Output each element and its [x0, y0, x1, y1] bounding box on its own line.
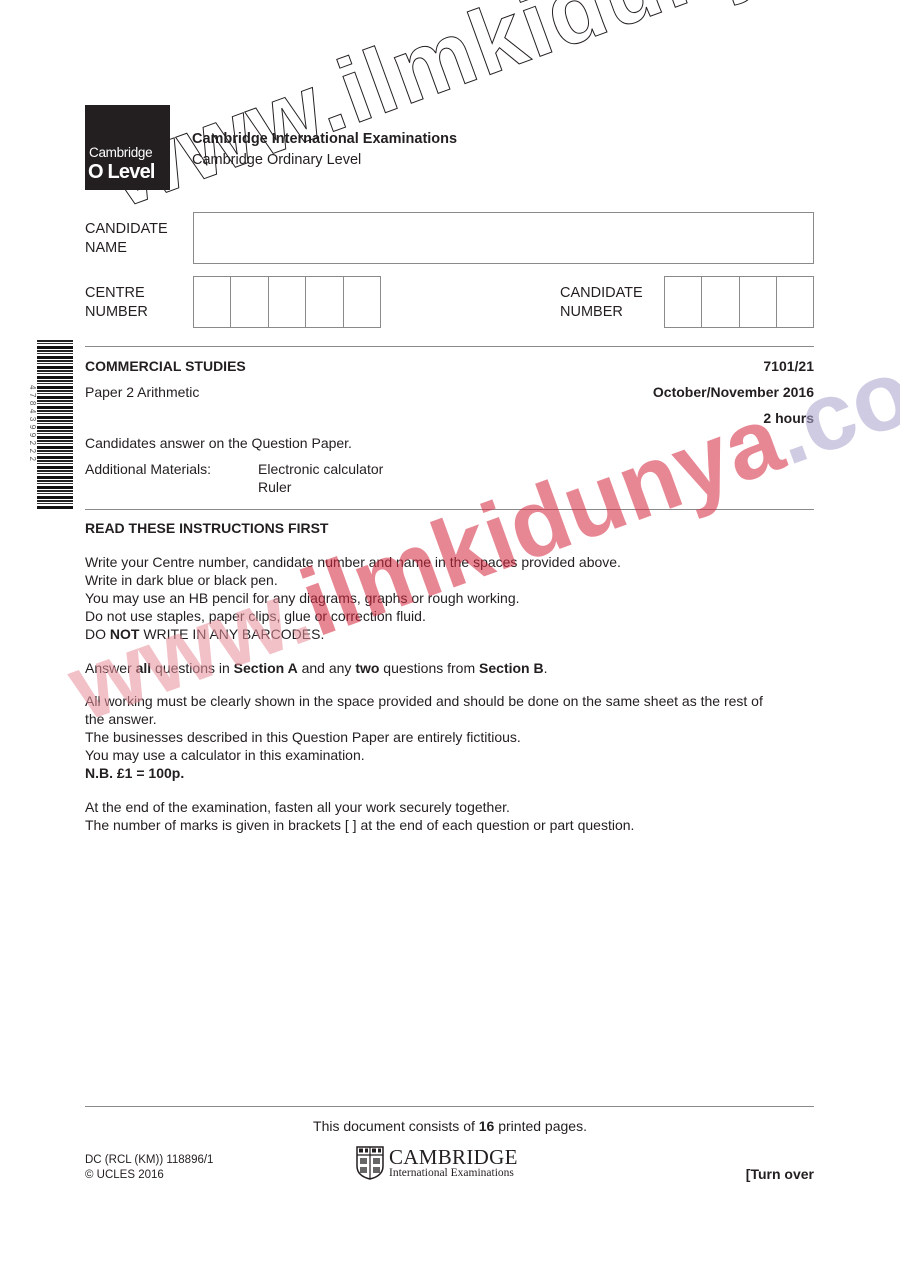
text-span: . [544, 660, 548, 676]
cambridge-o-level-logo: Cambridge O Level [85, 105, 170, 190]
instruction-line: You may use a calculator in this examina… [85, 746, 763, 764]
candidate-number-cell[interactable] [702, 277, 739, 327]
barcode [37, 340, 73, 510]
text-span: This document consists of [313, 1118, 479, 1134]
centre-number-cell[interactable] [231, 277, 268, 327]
candidate-number-cell[interactable] [665, 277, 702, 327]
centre-number-cell[interactable] [344, 277, 380, 327]
candidate-name-field[interactable] [193, 212, 814, 264]
instruction-line: the answer. [85, 710, 763, 728]
material-item: Electronic calculator [258, 460, 383, 478]
qualification: Cambridge Ordinary Level [192, 152, 361, 168]
label-line: NUMBER [85, 303, 148, 322]
answer-note: Candidates answer on the Question Paper. [85, 434, 352, 452]
cambridge-crest-icon [356, 1146, 384, 1180]
exam-board: Cambridge International Examinations [192, 131, 457, 147]
instruction-line: At the end of the examination, fasten al… [85, 798, 634, 816]
instructions-block-3: At the end of the examination, fasten al… [85, 798, 634, 834]
divider [85, 346, 814, 347]
label-line: CANDIDATE [560, 284, 643, 303]
logo-line2: O Level [88, 161, 155, 184]
cambridge-brand: CAMBRIDGE International Examinations [356, 1146, 518, 1180]
paper-title: Paper 2 Arithmetic [85, 383, 199, 401]
brand-name: CAMBRIDGE [389, 1147, 518, 1167]
reference-code: DC (RCL (KM)) 118896/1 [85, 1153, 213, 1168]
subject-title: COMMERCIAL STUDIES [85, 357, 246, 375]
logo-line1: Cambridge [89, 145, 152, 160]
currency-note: N.B. £1 = 100p. [85, 764, 763, 782]
text-span-bold: Section B [479, 660, 544, 676]
watermark-outline: www.ilmkidunya.com [95, 0, 900, 229]
footer-ref: DC (RCL (KM)) 118896/1 © UCLES 2016 [85, 1153, 213, 1183]
page-count: 16 [479, 1118, 495, 1134]
centre-number-label: CENTRE NUMBER [85, 284, 148, 322]
turn-over: [Turn over [746, 1165, 814, 1183]
materials-label: Additional Materials: [85, 460, 211, 478]
barcode-digits: 4784399222 [28, 340, 37, 510]
label-line: NAME [85, 239, 168, 258]
material-item: Ruler [258, 478, 291, 496]
divider [85, 1106, 814, 1107]
label-line: NUMBER [560, 303, 643, 322]
instructions-heading: READ THESE INSTRUCTIONS FIRST [85, 519, 328, 537]
label-line: CANDIDATE [85, 220, 168, 239]
label-line: CENTRE [85, 284, 148, 303]
copyright: © UCLES 2016 [85, 1168, 213, 1183]
centre-number-cell[interactable] [306, 277, 343, 327]
text-span-bold: two [355, 660, 379, 676]
candidate-number-cell[interactable] [740, 277, 777, 327]
page-count-note: This document consists of 16 printed pag… [0, 1117, 900, 1135]
brand-subtitle: International Examinations [389, 1167, 518, 1180]
centre-number-cell[interactable] [269, 277, 306, 327]
instruction-line: The businesses described in this Questio… [85, 728, 763, 746]
candidate-number-field[interactable] [664, 276, 814, 328]
text-span: printed pages. [494, 1118, 587, 1134]
candidate-number-cell[interactable] [777, 277, 813, 327]
brand-text: CAMBRIDGE International Examinations [389, 1147, 518, 1180]
text-span: questions from [379, 660, 479, 676]
centre-number-field[interactable] [193, 276, 381, 328]
instruction-line: The number of marks is given in brackets… [85, 816, 634, 834]
centre-number-cell[interactable] [194, 277, 231, 327]
candidate-name-label: CANDIDATE NAME [85, 220, 168, 258]
candidate-number-label: CANDIDATE NUMBER [560, 284, 643, 322]
